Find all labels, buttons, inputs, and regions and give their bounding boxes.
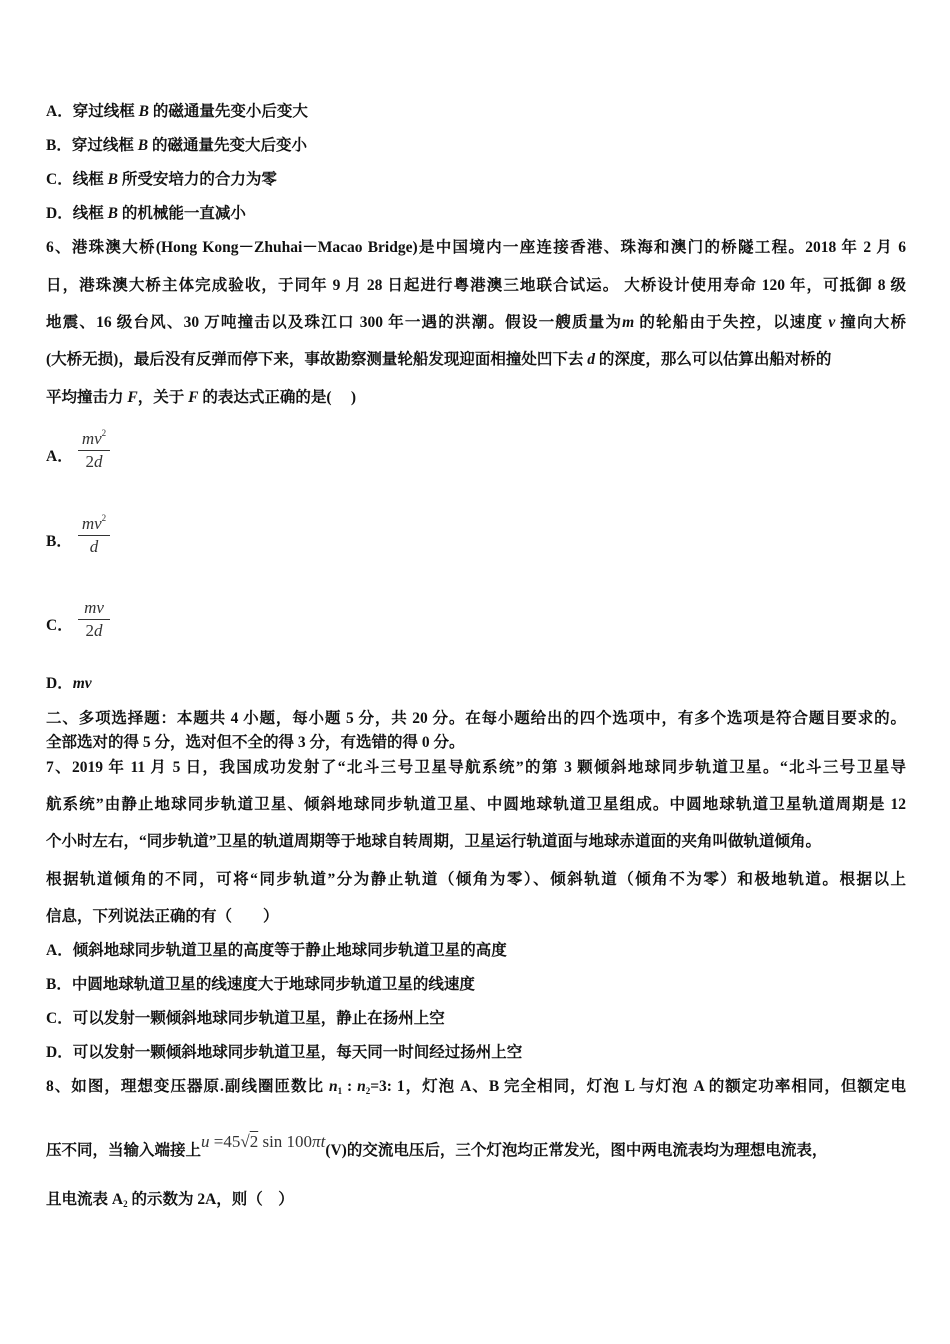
q7-option-c: C．可以发射一颗倾斜地球同步轨道卫星，静止在扬州上空	[46, 1009, 445, 1029]
q6-stem-line-5: 平均撞击力 F，关于 F 的表达式正确的是( )	[46, 388, 356, 408]
q7-stem-line-1: 7、2019 年 11 月 5 日，我国成功发射了“北斗三号卫星导航系统”的第 …	[46, 758, 906, 778]
q6-option-c-fraction: mv 2d	[78, 592, 110, 641]
denominator: 2d	[84, 452, 105, 472]
q5-option-a: A．穿过线框 B 的磁通量先变小后变大	[46, 102, 308, 122]
option-label: C．	[46, 171, 73, 188]
q7-stem-line-5: 信息，下列说法正确的有（ ）	[46, 907, 279, 927]
option-label: A．	[46, 103, 73, 120]
q6-stem-line-4: (大桥无损)，最后没有反弹而停下来，事故勘察测量轮船发现迎面相撞处凹下去 d 的…	[46, 350, 831, 370]
q6-option-d: D．mv	[46, 674, 92, 694]
q7-stem-line-4: 根据轨道倾角的不同，可将“同步轨道”分为静止轨道（倾角为零）、倾斜轨道（倾角不为…	[46, 870, 906, 890]
section-2-instructions-line-2: 全部选对的得 5 分，选对但不全的得 3 分，有选错的得 0 分。	[46, 733, 465, 753]
q6-stem-line-1: 6、港珠澳大桥(Hong Kong－Zhuhai－Macao Bridge)是中…	[46, 238, 906, 258]
voltage-formula: u =45√2 sin 100πt	[201, 1132, 325, 1151]
q5-option-b: B．穿过线框 B 的磁通量先变大后变小	[46, 136, 307, 156]
q6-option-a-fraction: mv2 2d	[78, 423, 110, 472]
fraction-bar	[78, 450, 110, 451]
option-label: B．	[46, 137, 72, 154]
denominator: d	[88, 537, 101, 557]
q5-option-c: C．线框 B 所受安培力的合力为零	[46, 170, 277, 190]
q8-stem-line-2: 压不同，当输入端接上u =45√2 sin 100πt(V)的交流电压后，三个灯…	[46, 1140, 827, 1160]
q7-option-b: B．中圆地球轨道卫星的线速度大于地球同步轨道卫星的线速度	[46, 975, 475, 995]
q7-stem-line-2: 航系统”由静止地球同步轨道卫星、倾斜地球同步轨道卫星、中圆地球轨道卫星组成。中圆…	[46, 795, 906, 815]
q7-option-d: D．可以发射一颗倾斜地球同步轨道卫星，每天同一时间经过扬州上空	[46, 1043, 522, 1063]
q7-stem-line-3: 个小时左右，“同步轨道”卫星的轨道周期等于地球自转周期，卫星运行轨道面与地球赤道…	[46, 832, 821, 852]
numerator: mv2	[80, 423, 108, 449]
fraction-bar	[78, 619, 110, 620]
q5-option-d: D．线框 B 的机械能一直减小	[46, 204, 246, 224]
q6-option-a-label: A．	[46, 447, 73, 467]
q8-stem-line-1: 8、如图，理想变压器原.副线圈匝数比 n1 : n2=3: 1，灯泡 A、B 完…	[46, 1077, 906, 1097]
q7-option-a: A．倾斜地球同步轨道卫星的高度等于静止地球同步轨道卫星的高度	[46, 941, 507, 961]
q6-option-b-label: B．	[46, 532, 72, 552]
q6-option-c-label: C．	[46, 616, 73, 636]
q6-stem-line-2: 日，港珠澳大桥主体完成验收，于同年 9 月 28 日起进行粤港澳三地联合试运。 …	[46, 276, 906, 296]
q6-stem-line-3: 地震、16 级台风、30 万吨撞击以及珠江口 300 年一遇的洪潮。假设一艘质量…	[46, 313, 906, 333]
q8-stem-line-3: 且电流表 A2 的示数为 2A，则（ ）	[46, 1190, 294, 1210]
option-label: D．	[46, 205, 73, 222]
q6-option-b-fraction: mv2 d	[78, 508, 110, 557]
section-2-instructions-line-1: 二、多项选择题：本题共 4 小题，每小题 5 分，共 20 分。在每小题给出的四…	[46, 709, 906, 729]
denominator: 2d	[84, 621, 105, 641]
fraction-bar	[78, 535, 110, 536]
numerator: mv	[82, 592, 106, 618]
numerator: mv2	[80, 508, 108, 534]
